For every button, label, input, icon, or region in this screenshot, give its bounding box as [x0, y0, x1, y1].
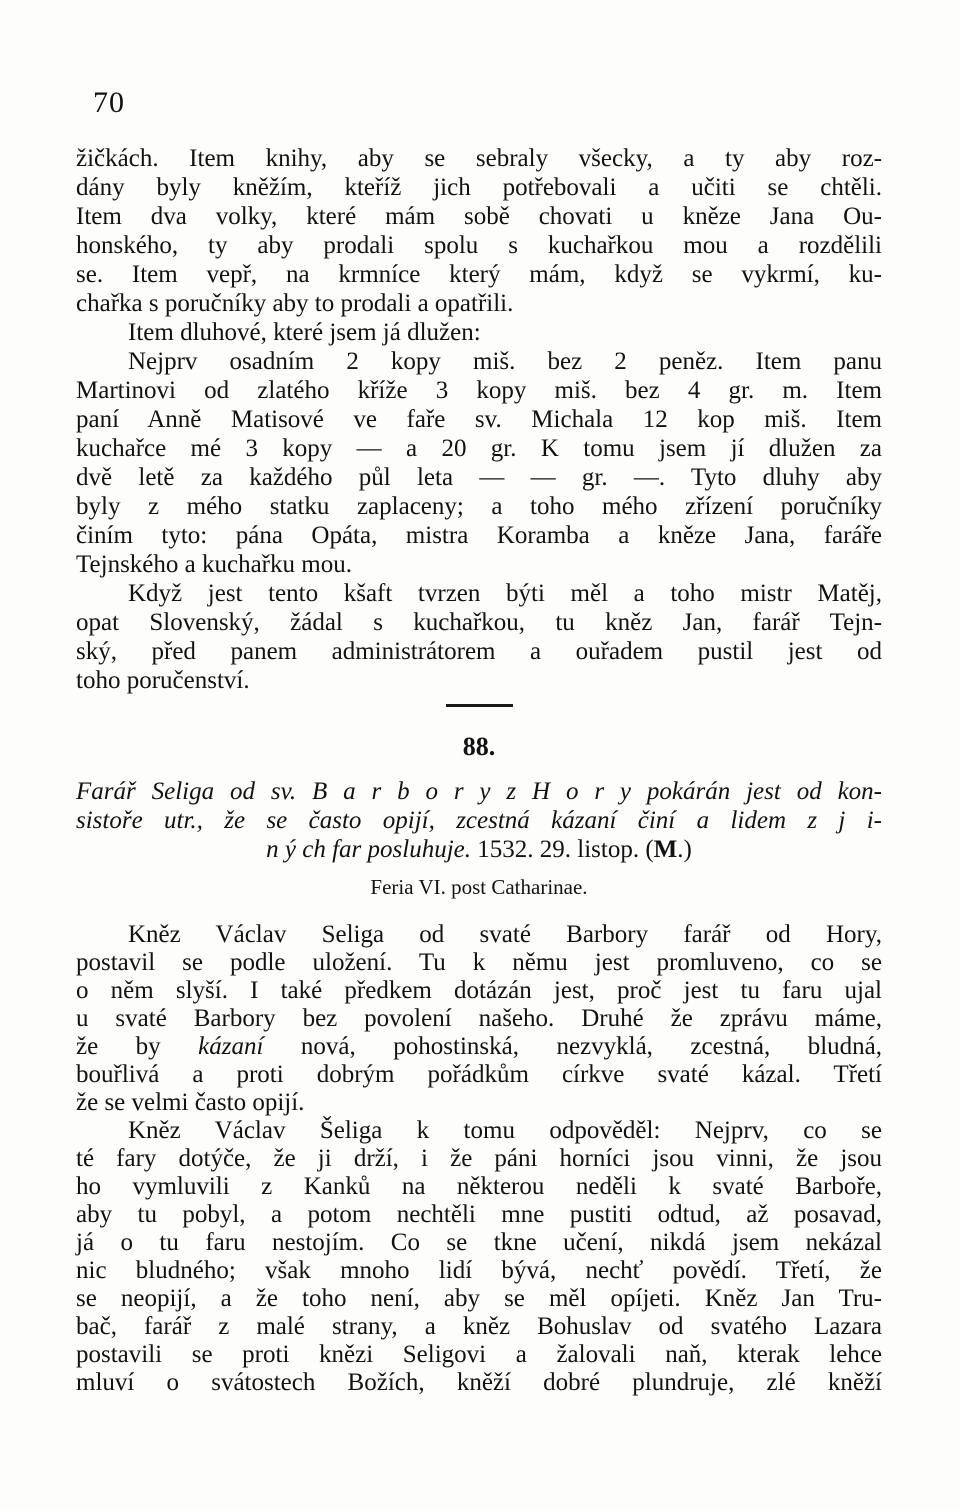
text-line: ho vymluvili z Kanků na některou neděli …	[76, 1173, 882, 1201]
text-line: bouřlivá a proti dobrým pořádkům církve …	[76, 1061, 882, 1089]
entry-87-text: žičkách. Item knihy, aby se sebraly všec…	[76, 144, 882, 695]
text-line: dány byly kněžím, kteříž jich potřeboval…	[76, 173, 882, 202]
text-segment: .)	[677, 836, 692, 863]
book-page: 70 žičkách. Item knihy, aby se sebraly v…	[0, 0, 960, 1510]
text-segment: 1532. 29. listop. (	[477, 836, 653, 863]
text-line: Tejnského a kuchařku mou.	[76, 550, 882, 579]
page-content: žičkách. Item knihy, aby se sebraly všec…	[76, 144, 882, 1397]
text-segment: kázaní	[198, 1033, 263, 1060]
text-line: žičkách. Item knihy, aby se sebraly všec…	[76, 144, 882, 173]
text-line: sistoře utr., že se často opijí, zcestná…	[76, 806, 882, 835]
text-line: já o tu faru nestojím. Co se tkne učení,…	[76, 1229, 882, 1257]
text-line: bač, farář z malé strany, a kněz Bohusla…	[76, 1313, 882, 1341]
entry-88-heading: Farář Seliga od sv. B a r b o r y z H o …	[76, 777, 882, 864]
text-line: postavil se podle uložení. Tu k němu jes…	[76, 949, 882, 977]
text-line: kuchařce mé 3 kopy — a 20 gr. K tomu jse…	[76, 434, 882, 463]
page-number: 70	[93, 86, 125, 120]
entry-88: 88. Farář Seliga od sv. B a r b o r y z …	[76, 731, 882, 1397]
text-segment: nová, pohostinská, nezvyklá, zcestná, bl…	[263, 1033, 882, 1060]
section-divider	[446, 704, 513, 707]
text-line: nic bludného; však mnoho lidí bývá, nech…	[76, 1257, 882, 1285]
text-line: se. Item vepř, na krmníce který mám, kdy…	[76, 260, 882, 289]
entry-88-subheading: Feria VI. post Catharinae.	[76, 875, 882, 900]
text-line: chařka s poručníky aby to prodali a opat…	[76, 289, 882, 318]
text-line: opat Slovenský, žádal s kuchařkou, tu kn…	[76, 608, 882, 637]
text-line: Item dva volky, které mám sobě chovati u…	[76, 202, 882, 231]
text-line: té fary dotýče, že ji drží, i že páni ho…	[76, 1145, 882, 1173]
text-line: toho poručenství.	[76, 666, 882, 695]
text-line: Kněz Václav Šeliga k tomu odpověděl: Nej…	[76, 1117, 882, 1145]
text-line: Martinovi od zlatého kříže 3 kopy miš. b…	[76, 376, 882, 405]
text-segment: že by	[76, 1033, 198, 1060]
entry-88-text: Kněz Václav Seliga od svaté Barbory fará…	[76, 921, 882, 1397]
text-segment: M	[654, 836, 678, 863]
text-line: paní Anně Matisové ve faře sv. Michala 1…	[76, 405, 882, 434]
text-line: o něm slyší. I také předkem dotázán jest…	[76, 977, 882, 1005]
text-line: Když jest tento kšaft tvrzen býti měl a …	[76, 579, 882, 608]
text-line: dvě letě za každého půl leta — — gr. —. …	[76, 463, 882, 492]
text-line: n ý ch far posluhuje. 1532. 29. listop. …	[76, 835, 882, 864]
text-line: Farář Seliga od sv. B a r b o r y z H o …	[76, 777, 882, 806]
text-line: honského, ty aby prodali spolu s kuchařk…	[76, 231, 882, 260]
text-line: Item dluhové, které jsem já dlužen:	[76, 318, 882, 347]
text-line: Kněz Václav Seliga od svaté Barbory fará…	[76, 921, 882, 949]
text-line: byly z mého statku zaplaceny; a toho méh…	[76, 492, 882, 521]
text-segment: n ý ch far posluhuje.	[266, 836, 477, 863]
entry-88-number: 88.	[76, 731, 882, 762]
text-line: Nejprv osadním 2 kopy miš. bez 2 peněz. …	[76, 347, 882, 376]
text-line: že by kázaní nová, pohostinská, nezvyklá…	[76, 1033, 882, 1061]
text-line: činím tyto: pána Opáta, mistra Koramba a…	[76, 521, 882, 550]
text-line: u svaté Barbory bez povolení našeho. Dru…	[76, 1005, 882, 1033]
text-line: postavili se proti knězi Seligovi a žalo…	[76, 1341, 882, 1369]
text-line: aby tu pobyl, a potom nechtěli mne pusti…	[76, 1201, 882, 1229]
text-line: ský, před panem administrátorem a ouřade…	[76, 637, 882, 666]
text-line: se neopijí, a že toho není, aby se měl o…	[76, 1285, 882, 1313]
text-line: že se velmi často opijí.	[76, 1089, 882, 1117]
entry-87-continuation: žičkách. Item knihy, aby se sebraly všec…	[76, 144, 882, 695]
text-line: mluví o svátostech Božích, kněží dobré p…	[76, 1369, 882, 1397]
